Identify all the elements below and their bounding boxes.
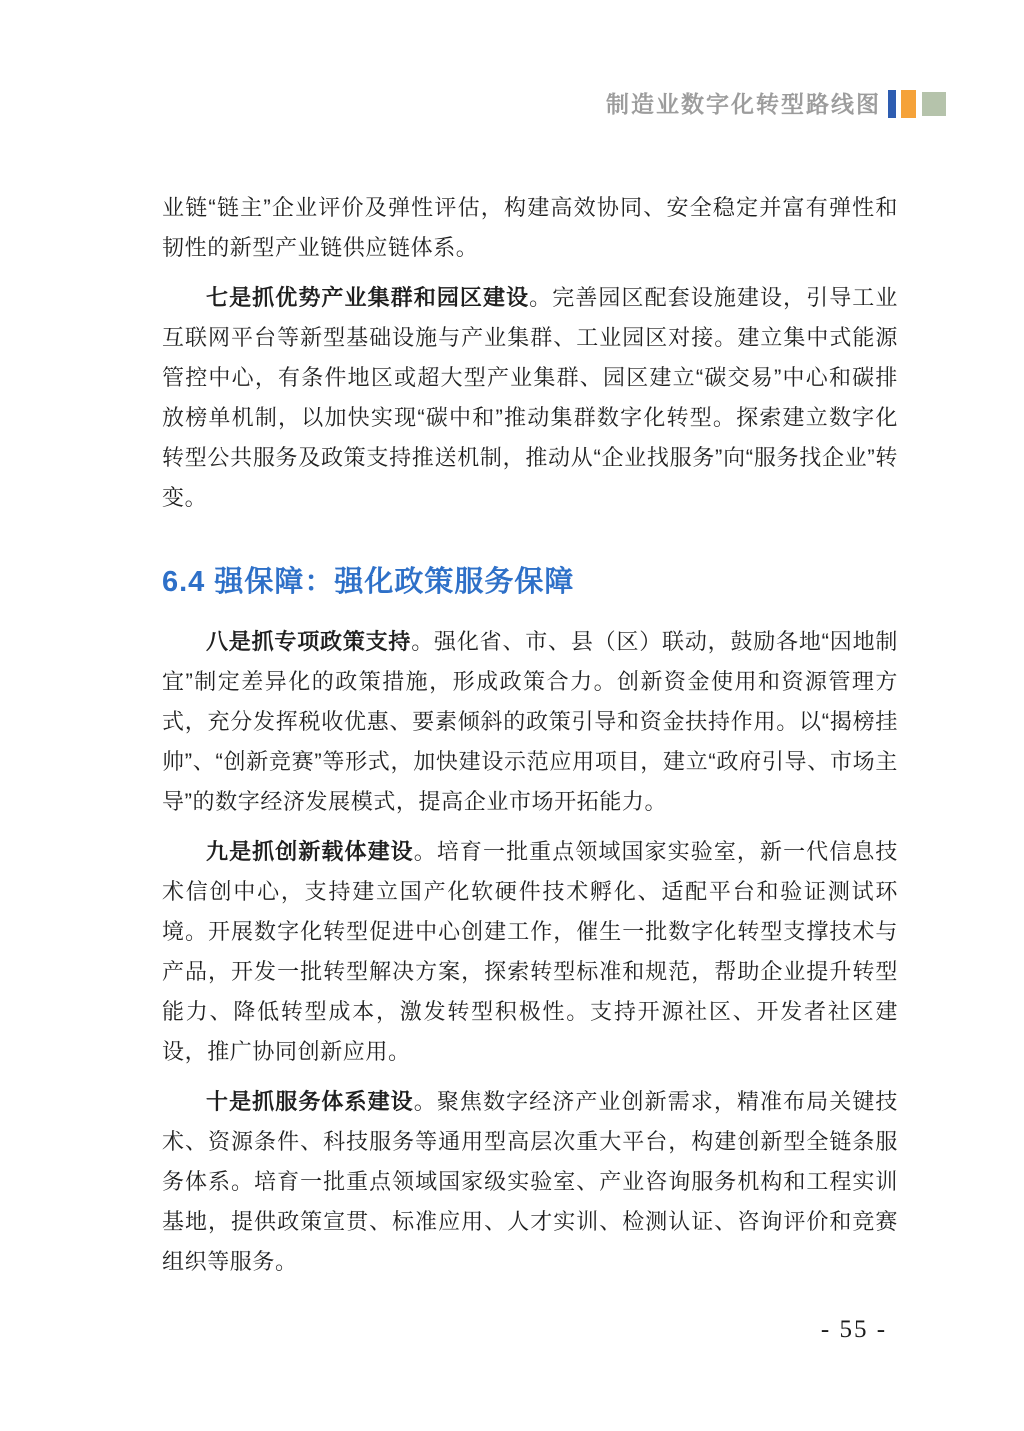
paragraph-text: 。培育一批重点领域国家实验室，新一代信息技术信创中心，支持建立国产化软硬件技术孵… — [162, 839, 898, 1064]
paragraph-text: 。强化省、市、县（区）联动，鼓励各地“因地制宜”制定差异化的政策措施，形成政策合… — [162, 629, 898, 814]
paragraph-supply-chain-continuation: 业链“链主”企业评价及弹性评估，构建高效协同、安全稳定并富有弹性和韧性的新型产业… — [162, 188, 898, 268]
paragraph-seven-industrial-clusters: 七是抓优势产业集群和园区建设。完善园区配套设施建设，引导工业互联网平台等新型基础… — [162, 278, 898, 518]
header-decor-blue-bar-icon — [888, 90, 896, 118]
paragraph-ten-service-system: 十是抓服务体系建设。聚焦数字经济产业创新需求，精准布局关键技术、资源条件、科技服… — [162, 1082, 898, 1282]
paragraph-nine-innovation-carriers: 九是抓创新载体建设。培育一批重点领域国家实验室，新一代信息技术信创中心，支持建立… — [162, 832, 898, 1072]
page-number: - 55 - — [821, 1316, 887, 1343]
paragraph-lead: 七是抓优势产业集群和园区建设 — [206, 285, 529, 310]
section-heading-6-4: 6.4 强保障：强化政策服务保障 — [162, 562, 898, 602]
page-footer: - 55 - — [794, 1316, 914, 1344]
paragraph-text: 业链“链主”企业评价及弹性评估，构建高效协同、安全稳定并富有弹性和韧性的新型产业… — [162, 195, 898, 260]
paragraph-lead: 九是抓创新载体建设 — [206, 839, 414, 864]
document-body: 业链“链主”企业评价及弹性评估，构建高效协同、安全稳定并富有弹性和韧性的新型产业… — [162, 188, 898, 1292]
paragraph-lead: 十是抓服务体系建设 — [206, 1089, 414, 1114]
paragraph-text: 。完善园区配套设施建设，引导工业互联网平台等新型基础设施与产业集群、工业园区对接… — [162, 285, 898, 510]
paragraph-lead: 八是抓专项政策支持 — [206, 629, 411, 654]
paragraph-eight-policy-support: 八是抓专项政策支持。强化省、市、县（区）联动，鼓励各地“因地制宜”制定差异化的政… — [162, 622, 898, 822]
paragraph-text: 。聚焦数字经济产业创新需求，精准布局关键技术、资源条件、科技服务等通用型高层次重… — [162, 1089, 898, 1274]
document-page: 制造业数字化转型路线图 业链“链主”企业评价及弹性评估，构建高效协同、安全稳定并… — [0, 0, 1024, 1431]
header-decor-green-square-icon — [922, 92, 946, 116]
header-title: 制造业数字化转型路线图 — [606, 90, 881, 118]
header-decor-orange-square-icon — [901, 90, 916, 118]
page-header: 制造业数字化转型路线图 — [606, 90, 946, 118]
